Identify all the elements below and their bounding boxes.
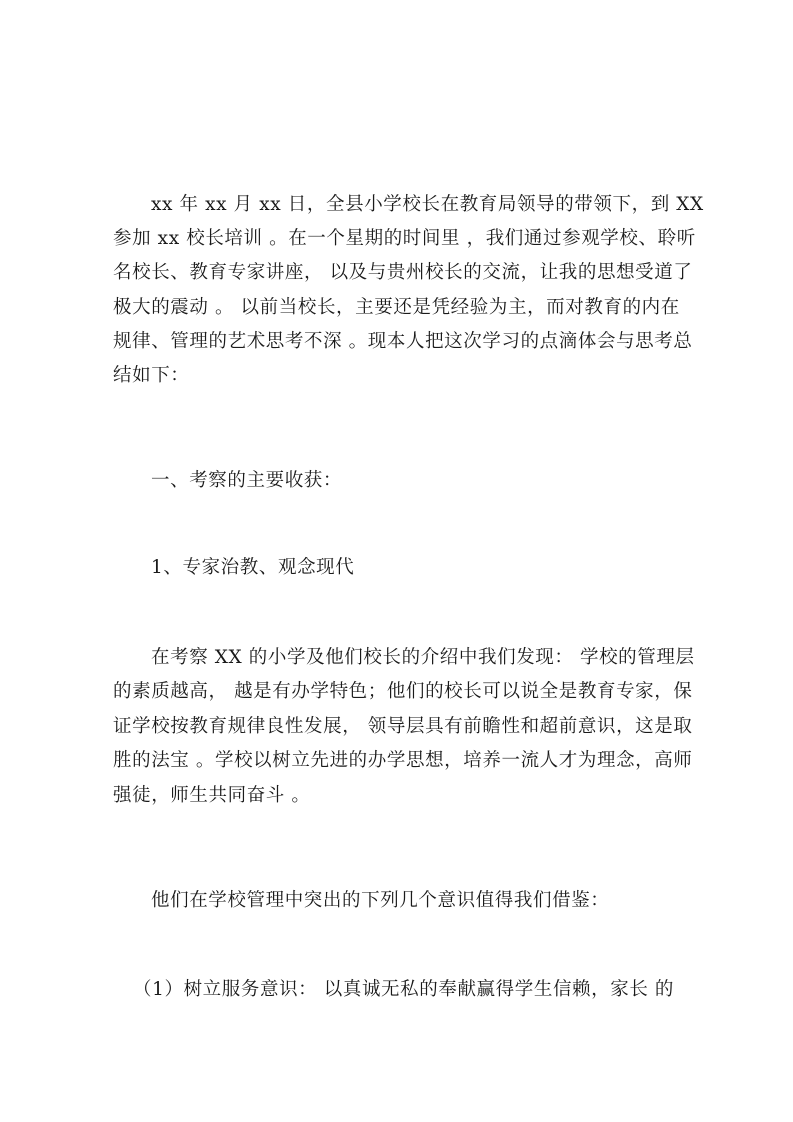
intro-line-5: 规律、管理的艺术思考不深 。现本人把这次学习的点滴体会与思考总 [113, 330, 692, 354]
expert-line-2: 的素质越高， 越是有办学特色；他们的校长可以说全是教育专家，保 [113, 680, 692, 704]
section-heading: 一、考察的主要收获： [151, 469, 342, 493]
expert-line-4: 胜的法宝 。学校以树立先进的办学思想，培养一流人才为理念，高师 [113, 749, 692, 773]
intro-line-1: xx 年 xx 月 xx 日，全县小学校长在教育局领导的带领下，到 XX [151, 193, 704, 217]
expert-line-1: 在考察 XX 的小学及他们校长的介绍中我们发现： 学校的管理层 [151, 646, 695, 670]
intro-line-6: 结如下： [113, 364, 189, 388]
expert-line-3: 证学校按教育规律良性发展， 领导层具有前瞻性和超前意识，这是取 [113, 715, 692, 739]
intro-line-4: 极大的震动 。 以前当校长，主要还是凭经验为主，而对教育的内在 [113, 296, 680, 320]
expert-line-5: 强徒，师生共同奋斗 。 [113, 784, 310, 808]
intro-line-2: 参加 xx 校长培训 。在一个星期的时间里 ，我们通过参观学校、聆听 [113, 227, 696, 251]
awareness-intro: 他们在学校管理中突出的下列几个意识值得我们借鉴： [151, 889, 609, 913]
item-1-line-1: （1）树立服务意识： 以真诚无私的奉献赢得学生信赖，家长 的 [133, 978, 674, 1002]
subsection-heading: 1、专家治教、观念现代 [151, 556, 354, 580]
intro-line-3: 名校长、教育专家讲座， 以及与贵州校长的交流，让我的思想受道了 [113, 261, 692, 285]
